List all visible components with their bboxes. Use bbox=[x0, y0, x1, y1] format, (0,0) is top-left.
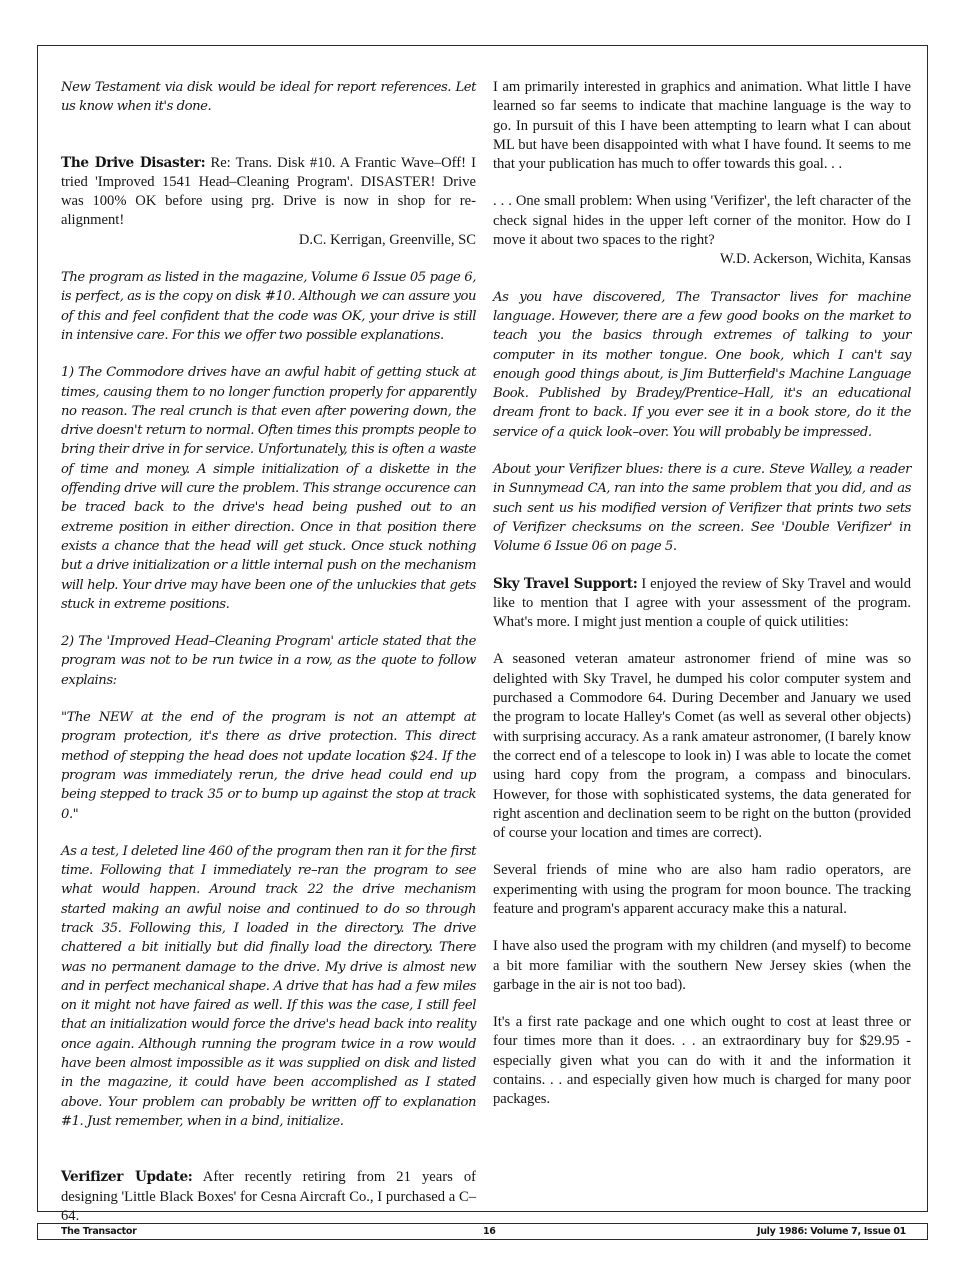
editor-reply: As you have discovered, The Transactor l… bbox=[493, 288, 911, 442]
letter-signature: D.C. Kerrigan, Greenville, SC bbox=[61, 231, 476, 250]
letter-heading: Verifizer Update: bbox=[61, 1169, 193, 1185]
letter-paragraph: It's a first rate package and one which … bbox=[493, 1013, 911, 1109]
editor-reply: As a test, I deleted line 460 of the pro… bbox=[61, 842, 476, 1131]
publication-name: The Transactor bbox=[61, 1226, 137, 1237]
right-column: I am primarily interested in graphics an… bbox=[493, 78, 911, 1110]
letter-paragraph: I am primarily interested in graphics an… bbox=[493, 78, 911, 174]
editor-reply: About your Verifizer blues: there is a c… bbox=[493, 460, 911, 556]
left-column: New Testament via disk would be ideal fo… bbox=[61, 78, 476, 1226]
letter-paragraph: I have also used the program with my chi… bbox=[493, 937, 911, 995]
letter-heading: The Drive Disaster: bbox=[61, 155, 205, 171]
letter-drive-disaster: The Drive Disaster: Re: Trans. Disk #10.… bbox=[61, 154, 476, 231]
issue-info: July 1986: Volume 7, Issue 01 bbox=[757, 1226, 906, 1237]
page-number: 16 bbox=[483, 1226, 496, 1237]
letter-heading: Sky Travel Support: bbox=[493, 576, 637, 592]
reply-continuation: New Testament via disk would be ideal fo… bbox=[61, 78, 476, 117]
page-footer: The Transactor 16 July 1986: Volume 7, I… bbox=[37, 1223, 928, 1240]
letter-sky-travel: Sky Travel Support: I enjoyed the review… bbox=[493, 575, 911, 633]
letter-paragraph: Several friends of mine who are also ham… bbox=[493, 861, 911, 919]
editor-reply: 2) The 'Improved Head–Cleaning Program' … bbox=[61, 632, 476, 690]
letter-verifizer-update: Verifizer Update: After recently retirin… bbox=[61, 1168, 476, 1226]
editor-quote: "The NEW at the end of the program is no… bbox=[61, 708, 476, 824]
editor-reply: The program as listed in the magazine, V… bbox=[61, 268, 476, 345]
editor-reply: 1) The Commodore drives have an awful ha… bbox=[61, 363, 476, 614]
letter-paragraph: . . . One small problem: When using 'Ver… bbox=[493, 192, 911, 250]
letter-paragraph: A seasoned veteran amateur astronomer fr… bbox=[493, 650, 911, 843]
letter-signature: W.D. Ackerson, Wichita, Kansas bbox=[493, 250, 911, 269]
